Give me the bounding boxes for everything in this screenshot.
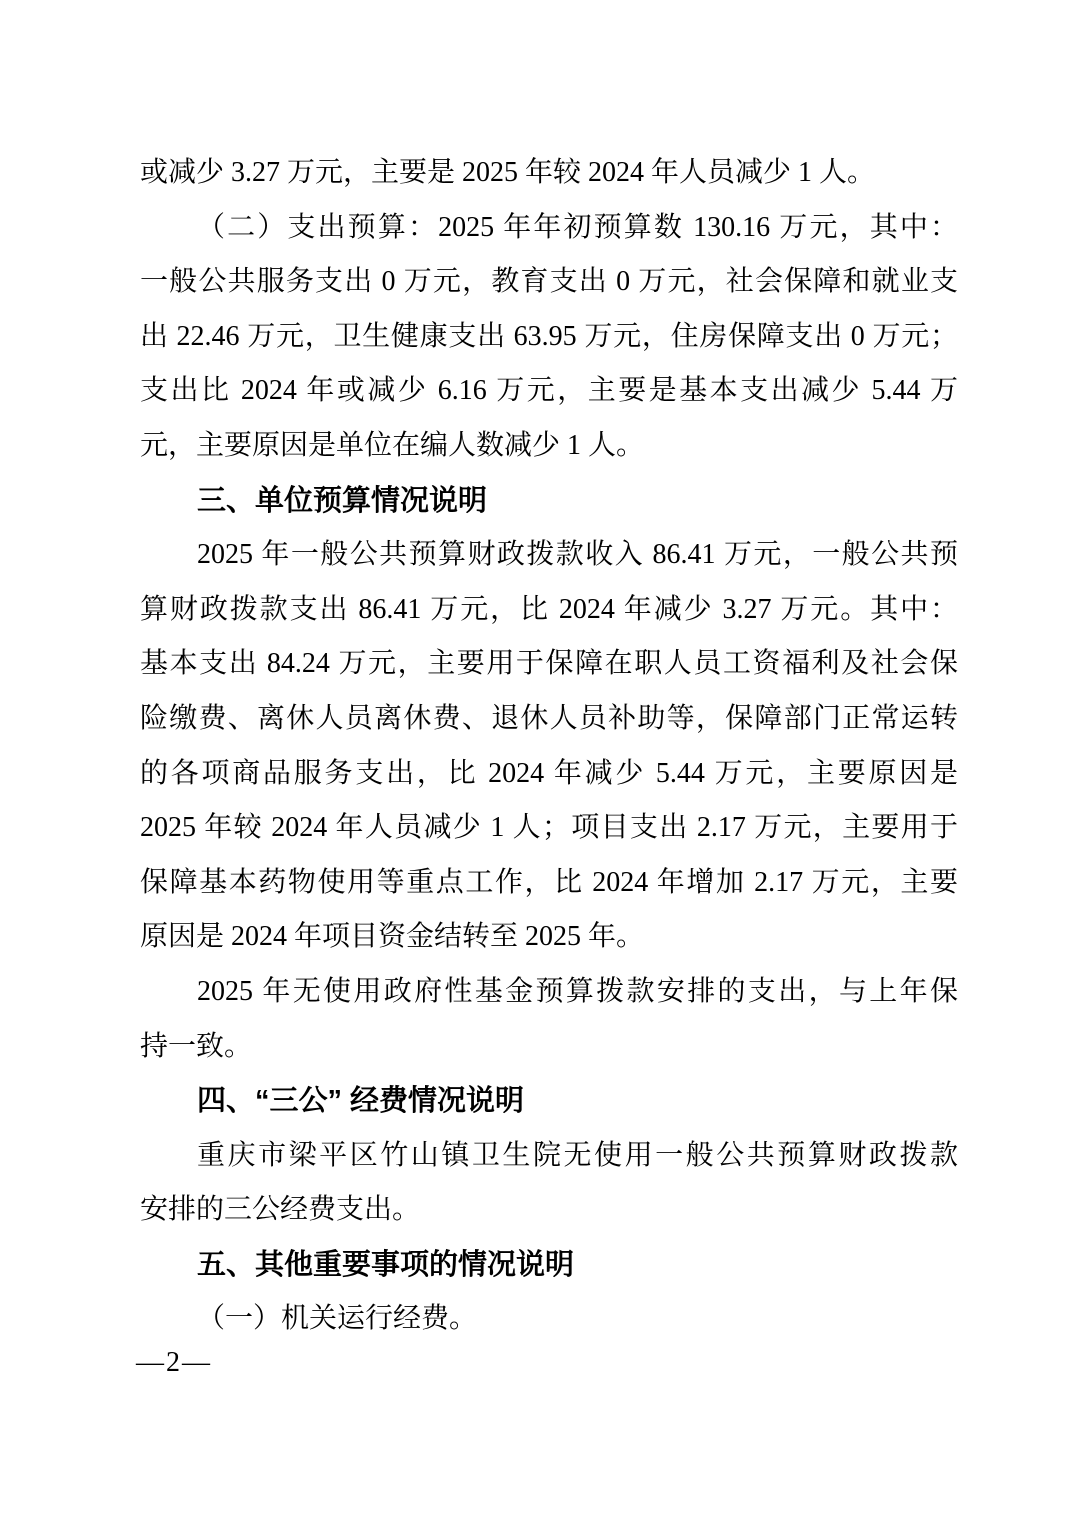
section-heading-5: 五、其他重要事项的情况说明: [140, 1238, 958, 1293]
document-page: 或减少 3.27 万元，主要是 2025 年较 2024 年人员减少 1 人。 …: [0, 0, 1074, 1520]
text-line: 2025 年较 2024 年人员减少 1 人；项目支出 2.17 万元，主要用于: [140, 801, 958, 856]
text-line: 基本支出 84.24 万元，主要用于保障在职人员工资福利及社会保: [140, 637, 958, 692]
text-line: 重庆市梁平区竹山镇卫生院无使用一般公共预算财政拨款: [140, 1129, 958, 1184]
text-line: 持一致。: [140, 1020, 958, 1075]
section-heading-4: 四、“三公” 经费情况说明: [140, 1074, 958, 1129]
page-number: —2—: [136, 1346, 212, 1380]
text-line: （二）支出预算：2025 年年初预算数 130.16 万元，其中：: [140, 201, 958, 256]
text-line: 元，主要原因是单位在编人数减少 1 人。: [140, 419, 958, 474]
text-line: 安排的三公经费支出。: [140, 1183, 958, 1238]
text-line: 的各项商品服务支出，比 2024 年减少 5.44 万元，主要原因是: [140, 747, 958, 802]
text-line: 一般公共服务支出 0 万元，教育支出 0 万元，社会保障和就业支: [140, 255, 958, 310]
text-line: 支出比 2024 年或减少 6.16 万元，主要是基本支出减少 5.44 万: [140, 364, 958, 419]
text-block: 或减少 3.27 万元，主要是 2025 年较 2024 年人员减少 1 人。 …: [140, 146, 958, 1347]
text-line: 险缴费、离休人员离休费、退休人员补助等，保障部门正常运转: [140, 692, 958, 747]
text-line: 出 22.46 万元，卫生健康支出 63.95 万元，住房保障支出 0 万元；: [140, 310, 958, 365]
text-line: 保障基本药物使用等重点工作，比 2024 年增加 2.17 万元，主要: [140, 856, 958, 911]
text-line: 原因是 2024 年项目资金结转至 2025 年。: [140, 910, 958, 965]
text-line: 或减少 3.27 万元，主要是 2025 年较 2024 年人员减少 1 人。: [140, 146, 958, 201]
section-heading-3: 三、单位预算情况说明: [140, 474, 958, 529]
text-line: 2025 年一般公共预算财政拨款收入 86.41 万元，一般公共预: [140, 528, 958, 583]
text-line: （一）机关运行经费。: [140, 1292, 958, 1347]
text-line: 算财政拨款支出 86.41 万元，比 2024 年减少 3.27 万元。其中：: [140, 583, 958, 638]
text-line: 2025 年无使用政府性基金预算拨款安排的支出，与上年保: [140, 965, 958, 1020]
